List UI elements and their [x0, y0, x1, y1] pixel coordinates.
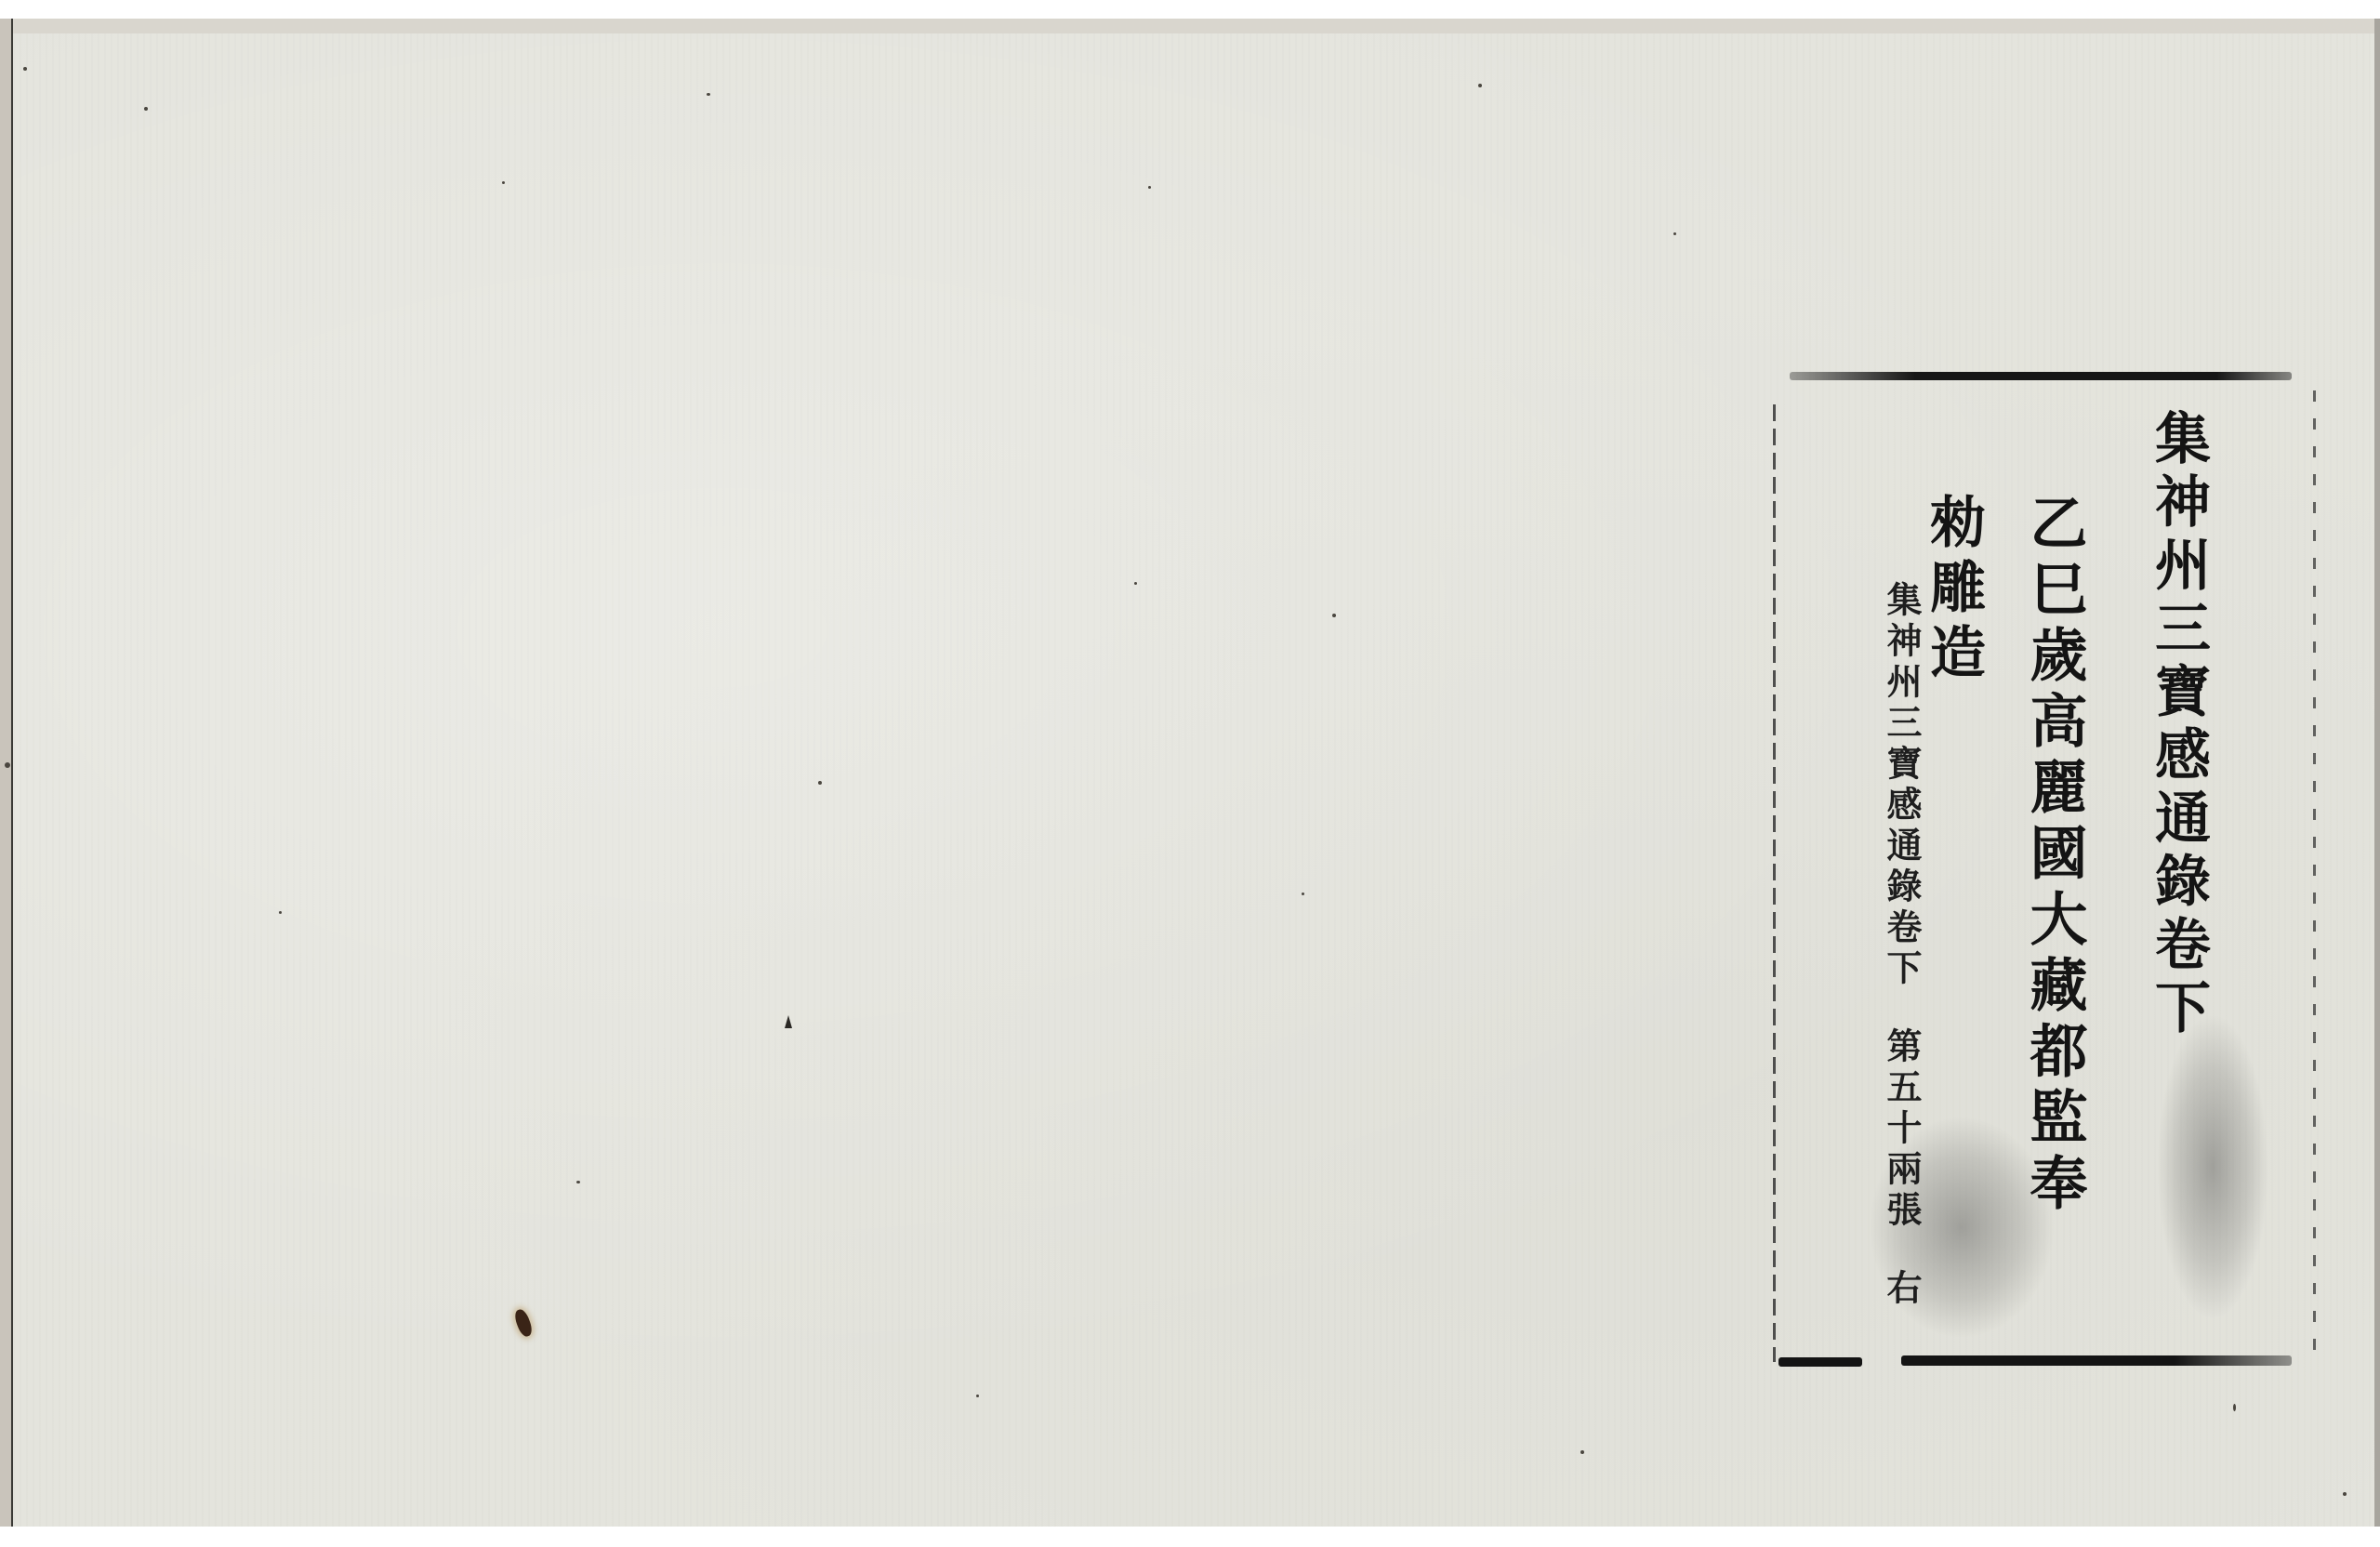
frame-top-border — [1790, 372, 2292, 380]
speck — [2233, 1404, 2236, 1411]
speck — [1134, 582, 1137, 585]
speck — [818, 781, 822, 785]
frame-bottom-border-left — [1778, 1357, 1862, 1367]
speck — [1673, 232, 1676, 235]
margin-side: 右 — [1881, 1269, 1923, 1310]
colophon-line-1: 乙巳歲高麗國大藏都監奉 — [2013, 493, 2096, 1219]
speck — [279, 911, 282, 914]
right-edge — [2374, 19, 2380, 1527]
speck — [1332, 614, 1336, 617]
speck — [1302, 892, 1304, 895]
frame-left-border — [1773, 404, 1776, 1362]
binding-edge — [0, 19, 11, 1527]
speck — [502, 181, 505, 184]
speck — [1148, 186, 1151, 189]
frame-bottom-border-right — [1901, 1355, 2292, 1366]
speck — [1580, 1450, 1584, 1454]
speck — [144, 107, 148, 111]
title-column: 集神州三寶感通錄卷下 — [2138, 409, 2218, 1041]
margin-label: 集神州三寶感通錄卷下第五十兩張右 — [1876, 581, 1927, 1310]
speck — [707, 93, 710, 96]
speck — [976, 1395, 979, 1397]
speck — [1478, 84, 1482, 87]
frame-right-border — [2313, 390, 2316, 1357]
ink-smudge — [2157, 1013, 2268, 1320]
speck — [23, 67, 27, 71]
speck — [576, 1181, 580, 1183]
margin-sheet-number: 第五十兩張 — [1881, 1027, 1923, 1232]
top-edge — [13, 19, 2380, 33]
speck — [2343, 1492, 2347, 1496]
margin-book-title: 集神州三寶感通錄卷下 — [1881, 581, 1923, 990]
speck — [5, 762, 10, 768]
